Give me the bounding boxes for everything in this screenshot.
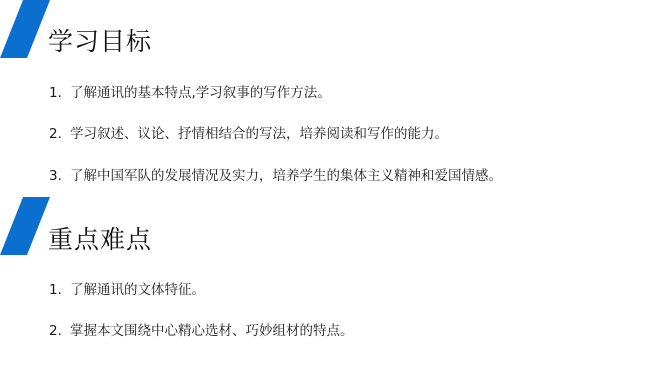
item-number: 1. <box>49 83 70 103</box>
item-number: 1. <box>49 280 70 300</box>
section-accent-bar-key-points <box>0 197 52 255</box>
section-title-objectives: 学习目标 <box>48 27 152 57</box>
item-text: 了解通讯的文体特征。 <box>70 282 205 298</box>
item-text: 了解中国军队的发展情况及实力，培养学生的集体主义精神和爱国情感。 <box>70 168 502 184</box>
key-point-item-2: 2.掌握本文围绕中心精心选材、巧妙组材的特点。 <box>49 321 354 341</box>
item-text: 了解通讯的基本特点,学习叙事的写作方法。 <box>70 85 331 101</box>
item-number: 3. <box>49 166 70 186</box>
item-text: 学习叙述、议论、抒情相结合的写法，培养阅读和写作的能力。 <box>70 126 448 142</box>
item-number: 2. <box>49 321 70 341</box>
section-accent-bar-objectives <box>0 0 52 58</box>
item-text: 掌握本文围绕中心精心选材、巧妙组材的特点。 <box>70 323 354 339</box>
section-title-key-points: 重点难点 <box>48 225 152 255</box>
item-number: 2. <box>49 124 70 144</box>
key-point-item-1: 1.了解通讯的文体特征。 <box>49 280 205 300</box>
objective-item-3: 3.了解中国军队的发展情况及实力，培养学生的集体主义精神和爱国情感。 <box>49 166 502 186</box>
objective-item-1: 1.了解通讯的基本特点,学习叙事的写作方法。 <box>49 83 331 103</box>
objective-item-2: 2.学习叙述、议论、抒情相结合的写法，培养阅读和写作的能力。 <box>49 124 448 144</box>
